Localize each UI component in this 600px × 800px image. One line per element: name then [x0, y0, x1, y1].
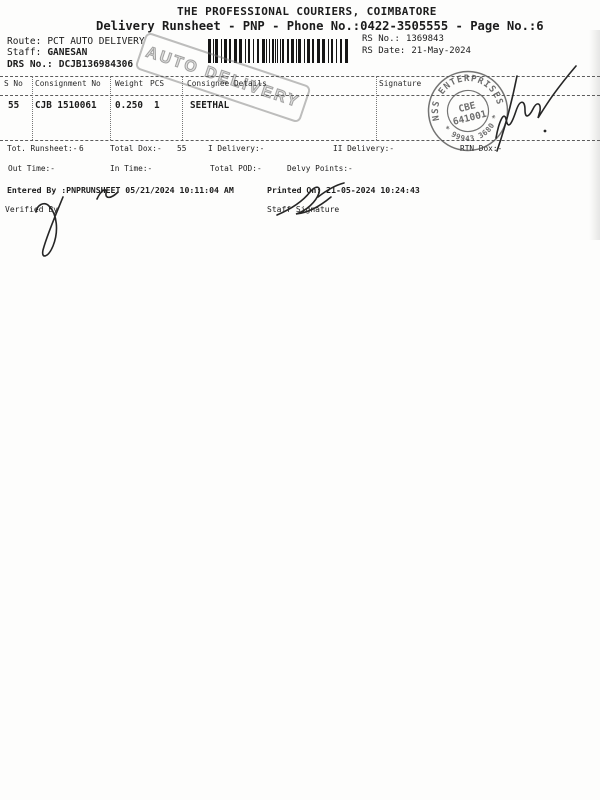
drs-label: DRS No.:: [7, 59, 53, 70]
route-value: PCT AUTO DELIVERY: [47, 36, 144, 47]
rs-no-line: RS No.:1369843: [362, 34, 444, 44]
col-divider: [376, 76, 377, 140]
cell-pcs: 1: [154, 101, 160, 112]
rs-date-line: RS Date:21-May-2024: [362, 46, 471, 56]
col-header-signature: Signature: [379, 80, 421, 89]
verified-by-label: Verified By: [5, 205, 58, 214]
company-seal-stamp: NSS ENTERPRISES * 99943 3680 * CBE 64100…: [419, 62, 517, 160]
out-time-label: Out Time:-: [8, 165, 55, 174]
cell-consignee: SEETHAL: [190, 101, 229, 112]
tot-runsheet-label: Tot. Runsheet:-: [7, 145, 77, 154]
staff-line: Staff:GANESAN: [7, 48, 87, 59]
in-time-label: In Time:-: [110, 165, 152, 174]
delvy-points-label: Delvy Points:-: [287, 165, 353, 174]
total-dox-label: Total Dox:-: [110, 145, 162, 154]
doc-title: THE PROFESSIONAL COURIERS, COIMBATORE: [177, 6, 437, 19]
col-divider: [110, 76, 111, 140]
scanned-runsheet-document: THE PROFESSIONAL COURIERS, COIMBATORE De…: [0, 0, 600, 800]
entered-by-text: Entered By :PNPRUNSHEET 05/21/2024 10:11…: [7, 186, 234, 195]
route-label: Route:: [7, 36, 41, 47]
total-dox-value: 55: [177, 145, 186, 154]
rs-date-value: 21-May-2024: [411, 46, 471, 56]
cell-sno: 55: [8, 101, 19, 112]
rs-no-label: RS No.:: [362, 34, 400, 44]
i-delivery-label: I Delivery:-: [208, 145, 264, 154]
col-header-consignment: Consignment No: [35, 80, 101, 89]
scan-edge-smudge: [589, 30, 600, 240]
ii-delivery-label: II Delivery:-: [333, 145, 394, 154]
cell-consignment: CJB 1510061: [35, 101, 97, 112]
cell-weight: 0.250: [115, 101, 143, 112]
seal-signature-dot: [544, 130, 547, 133]
col-header-pcs: PCS: [150, 80, 164, 89]
col-header-sno: S No: [4, 80, 23, 89]
drs-value: DCJB136984306: [59, 59, 133, 70]
doc-subtitle: Delivery Runsheet - PNP - Phone No.:0422…: [96, 19, 544, 33]
tot-runsheet-value: 6: [79, 145, 84, 154]
rs-no-value: 1369843: [406, 34, 444, 44]
col-divider: [32, 76, 33, 140]
total-pod-label: Total POD:-: [210, 165, 262, 174]
staff-signature-label: Staff Signature: [267, 205, 339, 214]
rs-date-label: RS Date:: [362, 46, 405, 56]
col-header-weight: Weight: [115, 80, 143, 89]
col-divider: [182, 76, 183, 140]
staff-label: Staff:: [7, 47, 41, 58]
staff-value: GANESAN: [47, 47, 87, 58]
drs-line: DRS No.:DCJB136984306: [7, 60, 133, 71]
col-header-consignee: Consignee Details: [187, 80, 267, 89]
printed-on-text: Printed On: 21-05-2024 10:24:43: [267, 186, 420, 195]
